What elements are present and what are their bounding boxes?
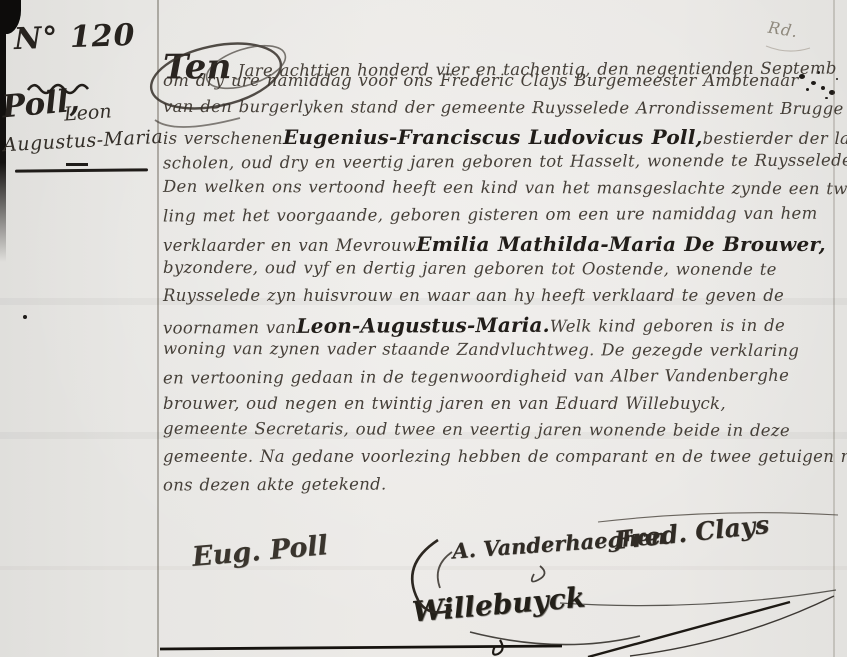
scanned-document: N° 120 Poll, Leon Augustus-Maria Rd. Ten… [0,0,847,657]
manuscript-text: van den burgerlyken stand der gemeente R… [163,97,844,118]
manuscript-text: ons dezen akte getekend. [163,475,387,495]
margin-underline [15,168,148,172]
manuscript-text: gemeente. Na gedane voorlezing hebben de… [163,447,847,466]
manuscript-line: gemeente Secretaris, oud twee en veertig… [163,419,843,448]
manuscript-text: ling met het voorgaande, geboren gistere… [163,204,818,226]
manuscript-text: brouwer, oud negen en twintig jaren en v… [163,394,726,413]
manuscript-emphasis: Emilia Mathilda-Maria De Brouwer, [416,232,826,256]
manuscript-line: ling met het voorgaande, geboren gistere… [163,204,843,234]
margin-dash-mark [66,163,88,166]
manuscript-line: voornamen van Leon-Augustus-Maria. Welk … [163,311,843,341]
manuscript-text: Den welken ons vertoond heeft een kind v… [163,177,847,198]
signature-witness: Willebuyck [411,581,587,629]
manuscript-line: TenJare achttien honderd vier en tachent… [163,43,843,73]
manuscript-text: Ruysselede zyn huisvrouw en waar aan hy … [163,286,784,305]
manuscript-emphasis: Ten [163,47,232,87]
manuscript-line: scholen, oud dry en veertig jaren gebore… [163,150,843,180]
manuscript-text: byzondere, oud vyf en dertig jaren gebor… [163,258,777,279]
manuscript-text: Welk kind geboren is in de [550,316,785,336]
manuscript-text: gemeente Secretaris, oud twee en veertig… [163,419,790,440]
manuscript-emphasis: Eugenius-Franciscus Ludovicus Poll, [283,125,703,149]
margin-given-name: Leon [63,100,112,125]
manuscript-text: en vertooning gedaan in de tegenwoordigh… [163,365,789,387]
manuscript-line: verklaarder en van Mevrouw Emilia Mathil… [163,232,843,259]
margin-rule-line [157,0,159,657]
manuscript-text: scholen, oud dry en veertig jaren gebore… [163,150,847,172]
manuscript-line: ons dezen akte getekend. [163,473,843,503]
manuscript-line: Den welken ons vertoond heeft een kind v… [163,177,843,206]
manuscript-body: TenJare achttien honderd vier en tachent… [163,44,843,501]
manuscript-line: is verschenen Eugenius-Franciscus Ludovi… [163,125,843,152]
pencil-annotation: Rd. [767,18,800,42]
manuscript-line: byzondere, oud vyf en dertig jaren gebor… [163,258,843,287]
manuscript-text: Jare achttien honderd vier en tachentig,… [238,59,837,81]
manuscript-line: woning van zynen vader staande Zandvluch… [163,339,843,368]
signature-officer: Fred. Clays [613,510,771,555]
manuscript-text: bestierder der landbouw [703,129,847,148]
manuscript-line: van den burgerlyken stand der gemeente R… [163,97,843,126]
act-margin: N° 120 Poll, Leon Augustus-Maria [0,0,157,657]
manuscript-text: is verschenen [163,129,283,148]
manuscript-line: gemeente. Na gedane voorlezing hebben de… [163,447,843,474]
manuscript-text: verklaarder en van Mevrouw [163,236,416,255]
manuscript-line: brouwer, oud negen en twintig jaren en v… [163,394,843,421]
margin-given-name: Augustus-Maria [3,126,164,156]
manuscript-line: Ruysselede zyn huisvrouw en waar aan hy … [163,286,843,313]
manuscript-emphasis: Leon-Augustus-Maria. [296,313,549,338]
act-number: N° 120 [13,18,136,57]
manuscript-text: woning van zynen vader staande Zandvluch… [163,339,799,360]
manuscript-text: voornamen van [163,318,297,338]
manuscript-line: en vertooning gedaan in de tegenwoordigh… [163,365,843,395]
